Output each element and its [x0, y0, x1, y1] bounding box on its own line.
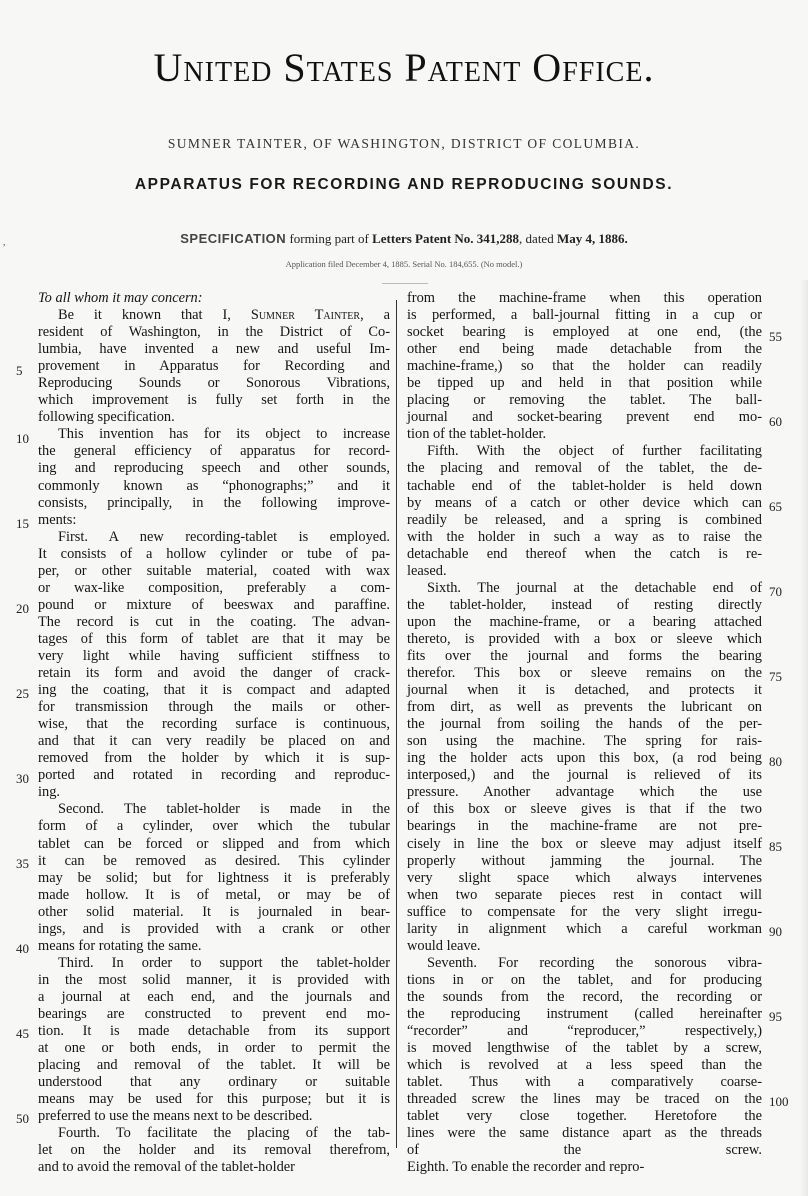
line-number: 85: [769, 839, 782, 855]
text-line: at one or both ends, in order to permit …: [38, 1040, 390, 1057]
application-line: Application filed December 4, 1885. Seri…: [0, 259, 808, 269]
text-line: is performed, a ball-journal fitting in …: [407, 307, 762, 324]
text-line: would leave.: [407, 938, 762, 955]
text-line: thereto, is provided with a box or sleev…: [407, 631, 762, 648]
margin-mark: ,: [3, 237, 5, 247]
text-line: ments:: [38, 512, 390, 529]
text-line: Fifth. With the object of further facili…: [407, 443, 762, 460]
text-line: pressure. Another advantage which the us…: [407, 784, 762, 801]
text-line: from dirt, as well as prevents the lubri…: [407, 699, 762, 716]
text-line: Second. The tablet-holder is made in the: [38, 801, 390, 818]
header-rule: [382, 283, 428, 284]
text-line: placing or removing the tablet. The ball…: [407, 392, 762, 409]
text-line: The record is cut in the coating. The ad…: [38, 614, 390, 631]
text-line: Be it known that I, Sumner Tainter, a: [38, 307, 390, 324]
text-line: tablet very close together. Heretofore t…: [407, 1108, 762, 1125]
text-line: the journal from soiling the hands of th…: [407, 716, 762, 733]
text-line: form of a cylinder, over which the tubul…: [38, 818, 390, 835]
text-line: removed from the holder by which it is s…: [38, 750, 390, 767]
page-edge-shadow: [800, 280, 808, 1196]
text-line: tablet can be forced or slipped and from…: [38, 836, 390, 853]
text-line: therefor. This box or sleeve remains on …: [407, 665, 762, 682]
text-line: socket bearing is employed at one end, (…: [407, 324, 762, 341]
text-line: provement in Apparatus for Recording and: [38, 358, 390, 375]
text-line: ing the coating, that it is compact and …: [38, 682, 390, 699]
text-line: suffice to compensate for the very sligh…: [407, 904, 762, 921]
line-number: 40: [16, 941, 29, 957]
text-line: leased.: [407, 563, 762, 580]
text-line: which improvement is fully set forth in …: [38, 392, 390, 409]
text-line: the placing and removal of the tablet, t…: [407, 460, 762, 477]
text-line: is moved lengthwise of the tablet by a s…: [407, 1040, 762, 1057]
text-line: fits over the journal and forms the bear…: [407, 648, 762, 665]
text-line: of this box or sleeve gives is that if t…: [407, 801, 762, 818]
text-line: let on the holder and its removal theref…: [38, 1142, 390, 1159]
text-line: interposed,) and the journal is relieved…: [407, 767, 762, 784]
text-line: it can be removed as desired. This cylin…: [38, 853, 390, 870]
text-line: made hollow. It is of metal, or may be o…: [38, 887, 390, 904]
text-line: from the machine-frame when this operati…: [407, 290, 762, 307]
line-number: 30: [16, 771, 29, 787]
line-number: 35: [16, 856, 29, 872]
text-line: per, or other suitable material, coated …: [38, 563, 390, 580]
text-line: means for rotating the same.: [38, 938, 390, 955]
text-line: by means of a catch or other device whic…: [407, 495, 762, 512]
text-line: “recorder” and “reproducer,” respectivel…: [407, 1023, 762, 1040]
line-number: 75: [769, 669, 782, 685]
text-line: journal and socket-bearing prevent end m…: [407, 409, 762, 426]
text-line: preferred to use the means next to be de…: [38, 1108, 390, 1125]
text-line: ing the holder acts upon this box, (a ro…: [407, 750, 762, 767]
text-line: Sixth. The journal at the detachable end…: [407, 580, 762, 597]
line-number: 10: [16, 431, 29, 447]
text-line: To all whom it may concern:: [38, 290, 390, 307]
text-line: in the most solid manner, it is provided…: [38, 972, 390, 989]
text-line: ported and rotated in recording and repr…: [38, 767, 390, 784]
text-line: retain its form and avoid the danger of …: [38, 665, 390, 682]
text-line: and to avoid the removal of the tablet-h…: [38, 1159, 390, 1176]
text-line: Fourth. To facilitate the placing of the…: [38, 1125, 390, 1142]
text-line: other solid material. It is journaled in…: [38, 904, 390, 921]
text-line: means may be used for this purpose; but …: [38, 1091, 390, 1108]
text-line: very light while having sufficient stiff…: [38, 648, 390, 665]
text-line: This invention has for its object to inc…: [38, 426, 390, 443]
line-number: 60: [769, 414, 782, 430]
text-line: understood that any ordinary or suitable: [38, 1074, 390, 1091]
text-line: a journal at each end, and the journals …: [38, 989, 390, 1006]
text-line: be tipped up and held in that position w…: [407, 375, 762, 392]
text-line: placing and removal of the tablet. It wi…: [38, 1057, 390, 1074]
text-line: machine-frame,) so that the holder can r…: [407, 358, 762, 375]
text-line: Reproducing Sounds or Sonorous Vibration…: [38, 375, 390, 392]
inventor-name: Sumner Tainter: [251, 307, 360, 323]
text-line: other end being made detachable from the: [407, 341, 762, 358]
text-line: or wax-like composition, preferably a co…: [38, 580, 390, 597]
line-number: 45: [16, 1026, 29, 1042]
text-line: upon the machine-frame, or a bearing att…: [407, 614, 762, 631]
text-line: tablet. Thus with a comparatively coarse…: [407, 1074, 762, 1091]
text-line: journal when it is detached, and protect…: [407, 682, 762, 699]
text-line: larity in alignment which a careful work…: [407, 921, 762, 938]
office-title: United States Patent Office.: [0, 44, 808, 91]
text-line: commonly known as “phonographs;” and it: [38, 478, 390, 495]
text-line: tion of the tablet-holder.: [407, 426, 762, 443]
right-column: from the machine-frame when this operati…: [407, 290, 762, 1176]
line-number: 95: [769, 1009, 782, 1025]
text-line: readily be released, and a spring is com…: [407, 512, 762, 529]
text-line: Third. In order to support the tablet-ho…: [38, 955, 390, 972]
text-line: resident of Washington, in the District …: [38, 324, 390, 341]
patent-page: United States Patent Office. Sumner Tain…: [0, 0, 808, 1196]
left-column: To all whom it may concern:Be it known t…: [38, 290, 390, 1176]
line-number: 100: [769, 1094, 789, 1110]
text-line: pound or mixture of beeswax and paraffin…: [38, 597, 390, 614]
text-line: Seventh. For recording the sonorous vibr…: [407, 955, 762, 972]
line-number: 25: [16, 686, 29, 702]
text-line: the sounds from the record, the recordin…: [407, 989, 762, 1006]
text-line: detachable end thereof when the catch is…: [407, 546, 762, 563]
text-line: tion. It is made detachable from its sup…: [38, 1023, 390, 1040]
text-line: son using the machine. The spring for ra…: [407, 733, 762, 750]
inventor-line: Sumner Tainter, of Washington, District …: [0, 136, 808, 152]
column-divider: [396, 300, 397, 1148]
letters-patent-number: Letters Patent No. 341,288: [372, 231, 519, 246]
text-line: very slight space which always intervene…: [407, 870, 762, 887]
text-line: wise, that the recording surface is cont…: [38, 716, 390, 733]
line-number: 70: [769, 584, 782, 600]
line-number: 50: [16, 1111, 29, 1127]
text-line: cisely in line the box or sleeve may adj…: [407, 836, 762, 853]
invention-title: APPARATUS FOR RECORDING AND REPRODUCING …: [0, 176, 808, 194]
text-line: ings, and is provided with a crank or ot…: [38, 921, 390, 938]
specification-middle: forming part of: [286, 231, 372, 246]
text-line: of the screw.: [407, 1142, 762, 1159]
text-line: the tablet-holder, instead of resting di…: [407, 597, 762, 614]
text-line: threaded screw the lines may be traced o…: [407, 1091, 762, 1108]
text-line: for transmission through the mails or ot…: [38, 699, 390, 716]
text-line: lumbia, have invented a new and useful I…: [38, 341, 390, 358]
text-line: First. A new recording-tablet is employe…: [38, 529, 390, 546]
text-line: tachable end of the tablet-holder is hel…: [407, 478, 762, 495]
text-line: and that it can very readily be placed o…: [38, 733, 390, 750]
line-number: 20: [16, 601, 29, 617]
patent-date: May 4, 1886.: [557, 231, 628, 246]
text-line: with the holder in such a way as to rais…: [407, 529, 762, 546]
line-number: 5: [16, 363, 23, 379]
text-line: ing and reproducing speech and other sou…: [38, 460, 390, 477]
line-number: 90: [769, 924, 782, 940]
text-line: when two separate pieces rest in contact…: [407, 887, 762, 904]
text-line: may be solid; but for lightness it is pr…: [38, 870, 390, 887]
text-line: the general efficiency of apparatus for …: [38, 443, 390, 460]
text-line: bearings in the machine-frame are not pr…: [407, 818, 762, 835]
text-line: ing.: [38, 784, 390, 801]
specification-word: SPECIFICATION: [180, 231, 286, 246]
line-number: 15: [16, 516, 29, 532]
text-line: following specification.: [38, 409, 390, 426]
text-line: tages of this form of tablet are that it…: [38, 631, 390, 648]
text-line: which is revolved at a less speed than t…: [407, 1057, 762, 1074]
text-line: It consists of a hollow cylinder or tube…: [38, 546, 390, 563]
line-number: 55: [769, 329, 782, 345]
text-line: lines were the same distance apart as th…: [407, 1125, 762, 1142]
text-line: the reproducing instrument (called herei…: [407, 1006, 762, 1023]
line-number: 65: [769, 499, 782, 515]
text-line: Eighth. To enable the recorder and repro…: [407, 1159, 762, 1176]
specification-line: SPECIFICATION forming part of Letters Pa…: [0, 231, 808, 247]
text-line: properly without jamming the journal. Th…: [407, 853, 762, 870]
text-line: consists, principally, in the following …: [38, 495, 390, 512]
text-line: bearings are constructed to prevent end …: [38, 1006, 390, 1023]
dated-label: , dated: [519, 231, 557, 246]
text-line: tions in or on the tablet, and for produ…: [407, 972, 762, 989]
line-number: 80: [769, 754, 782, 770]
